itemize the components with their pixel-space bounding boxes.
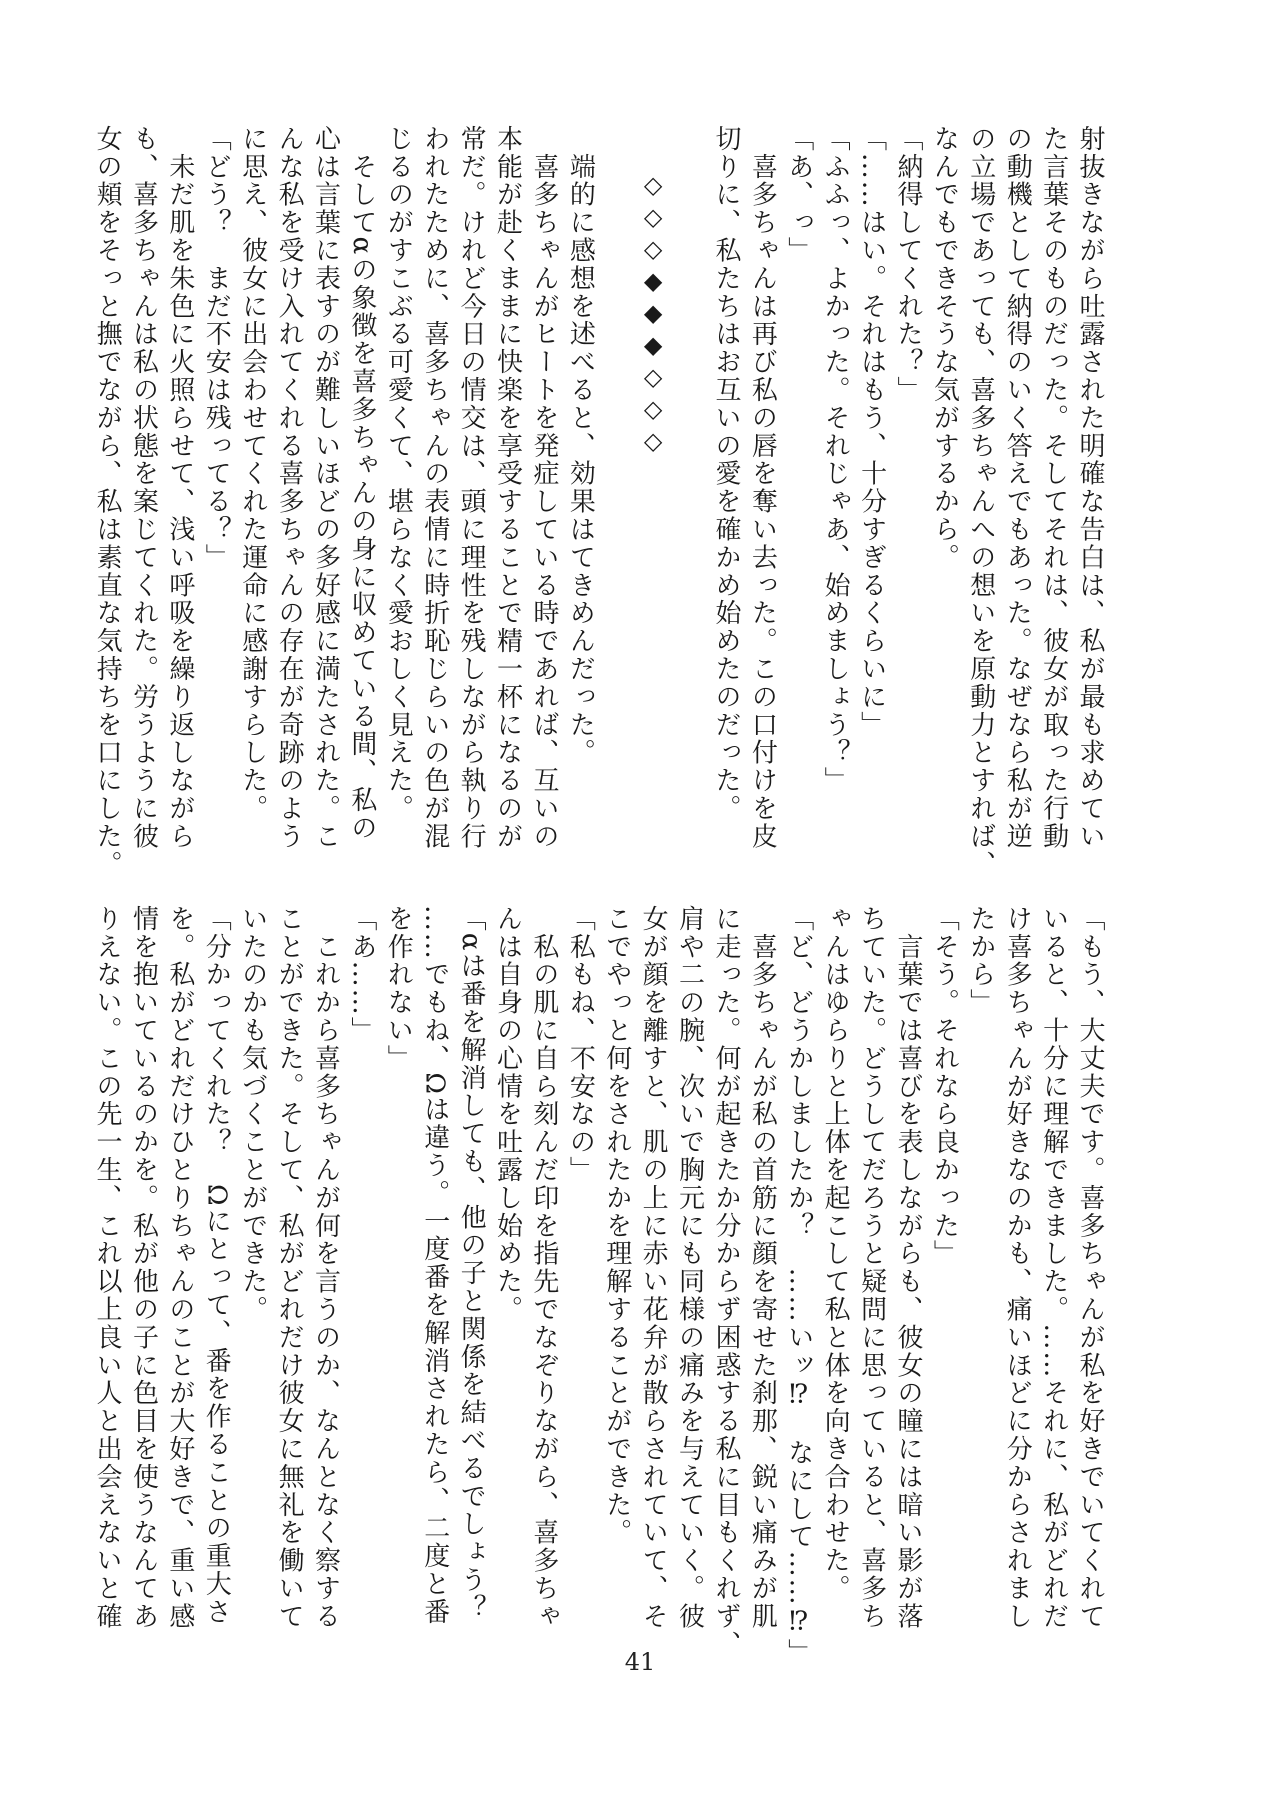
text-line: んは自身の心情を吐露し始めた。 <box>489 905 525 1605</box>
text-line: た言葉そのものだった。そしてそれは、彼女が取った行動 <box>1035 125 1071 825</box>
dialogue-line: 「ふふっ、よかった。それじゃあ、始めましょう？」 <box>817 125 853 825</box>
dialogue-line: ……でもね、Ωは違う。一度番を解消されたら、二度と番 <box>416 905 452 1605</box>
text-line: け喜多ちゃんが好きなのかも、痛いほどに分からされまし <box>999 905 1035 1605</box>
text-line: たから」 <box>962 905 998 1605</box>
text-line: そしてαの象徴を喜多ちゃんの身に収めている間、私の <box>344 125 380 825</box>
blank-line <box>598 125 634 825</box>
blank-line <box>671 125 707 825</box>
dialogue-line: を。私がどれだけひとりちゃんのことが大好きで、重い感 <box>161 905 197 1605</box>
text-line: これから喜多ちゃんが何を言うのか、なんとなく察する <box>307 905 343 1605</box>
dialogue-line: 「……はい。それはもう、十分すぎるくらいに」 <box>853 125 889 825</box>
book-page: 射抜きながら吐露された明確な告白は、私が最も求めてい た言葉そのものだった。そし… <box>0 0 1280 1808</box>
scene-break-ornament: ◇◇◇◆◆◆◇◇◇ <box>635 125 671 825</box>
text-block-bottom: 「もう、大丈夫です。喜多ちゃんが私を好きでいてくれて いると、十分に理解できまし… <box>98 905 1108 1605</box>
text-line: なんでもできそうな気がするから。 <box>926 125 962 825</box>
dialogue-line: 情を抱いているのかを。私が他の子に色目を使うなんてあ <box>125 905 161 1605</box>
dialogue-line: 「ど、どうかしましたか？ ……いッ⁉ なにして……⁉」 <box>780 905 816 1605</box>
dialogue-line: りえない。この先一生、これ以上良い人と出会えないと確 <box>89 905 125 1605</box>
dialogue-line: 「私もね、不安なの」 <box>562 905 598 1605</box>
text-line: んな私を受け入れてくれる喜多ちゃんの存在が奇跡のよう <box>271 125 307 825</box>
text-line: 心は言葉に表すのが難しいほどの多好感に満たされた。こ <box>307 125 343 825</box>
dialogue-line: 「αは番を解消しても、他の子と関係を結べるでしょう？ <box>453 905 489 1605</box>
text-line: に思え、彼女に出会わせてくれた運命に感謝すらした。 <box>234 125 270 825</box>
dialogue-line: 「もう、大丈夫です。喜多ちゃんが私を好きでいてくれて <box>1072 905 1108 1605</box>
text-line: 本能が赴くままに快楽を享受することで精一杯になるのが <box>489 125 525 825</box>
text-line: じるのがすこぶる可愛くて、堪らなく愛おしく見えた。 <box>380 125 416 825</box>
text-line: 女の頬をそっと撫でながら、私は素直な気持ちを口にした。 <box>89 125 125 825</box>
text-line: ちていた。どうしてだろうと疑問に思っていると、喜多ち <box>853 905 889 1605</box>
dialogue-line: 「納得してくれた？」 <box>890 125 926 825</box>
dialogue-line: 「あ、っ」 <box>780 125 816 825</box>
text-line: 喜多ちゃんは再び私の唇を奪い去った。この口付けを皮 <box>744 125 780 825</box>
dialogue-line: 「分かってくれた？ Ωにとって、番を作ることの重大さ <box>198 905 234 1605</box>
text-line: いたのかも気づくことができた。 <box>234 905 270 1605</box>
text-line: 言葉では喜びを表しながらも、彼女の瞳には暗い影が落 <box>890 905 926 1605</box>
text-block-top: 射抜きながら吐露された明確な告白は、私が最も求めてい た言葉そのものだった。そし… <box>98 125 1108 825</box>
dialogue-line: 「そう。それなら良かった」 <box>926 905 962 1605</box>
text-line: 未だ肌を朱色に火照らせて、浅い呼吸を繰り返しながら <box>161 125 197 825</box>
text-line: 私の肌に自ら刻んだ印を指先でなぞりながら、喜多ちゃ <box>526 905 562 1605</box>
text-line: 切りに、私たちはお互いの愛を確かめ始めたのだった。 <box>708 125 744 825</box>
text-line: われたために、喜多ちゃんの表情に時折恥じらいの色が混 <box>416 125 452 825</box>
dialogue-line: 「あ……」 <box>343 905 379 1605</box>
dialogue-line: を作れない」 <box>380 905 416 1605</box>
text-line: 常だ。けれど今日の情交は、頭に理性を残しながら執り行 <box>453 125 489 825</box>
text-line: に走った。何が起きたか分からず困惑する私に目もくれず、 <box>708 905 744 1605</box>
text-line: の動機として納得のいく答えでもあった。なぜなら私が逆 <box>999 125 1035 825</box>
text-line: ゃんはゆらりと上体を起こして私と体を向き合わせた。 <box>817 905 853 1605</box>
text-line: 射抜きながら吐露された明確な告白は、私が最も求めてい <box>1072 125 1108 825</box>
text-line: 肩や二の腕、次いで胸元にも同様の痛みを与えていく。彼 <box>671 905 707 1605</box>
text-line: こでやっと何をされたかを理解することができた。 <box>598 905 634 1605</box>
text-line: も、喜多ちゃんは私の状態を案じてくれた。労うように彼 <box>125 125 161 825</box>
text-line: 女が顔を離すと、肌の上に赤い花弁が散らされていて、そ <box>635 905 671 1605</box>
text-line: ことができた。そして、私がどれだけ彼女に無礼を働いて <box>271 905 307 1605</box>
dialogue-line: 「どう？ まだ不安は残ってる？」 <box>198 125 234 825</box>
text-line: 喜多ちゃんが私の首筋に顔を寄せた刹那、鋭い痛みが肌 <box>744 905 780 1605</box>
page-number: 41 <box>0 1648 1280 1676</box>
text-line: 端的に感想を述べると、効果はてきめんだった。 <box>562 125 598 825</box>
text-line: の立場であっても、喜多ちゃんへの想いを原動力とすれば、 <box>962 125 998 825</box>
text-line: いると、十分に理解できました。……それに、私がどれだ <box>1035 905 1071 1605</box>
text-line: 喜多ちゃんがヒートを発症している時であれば、互いの <box>526 125 562 825</box>
